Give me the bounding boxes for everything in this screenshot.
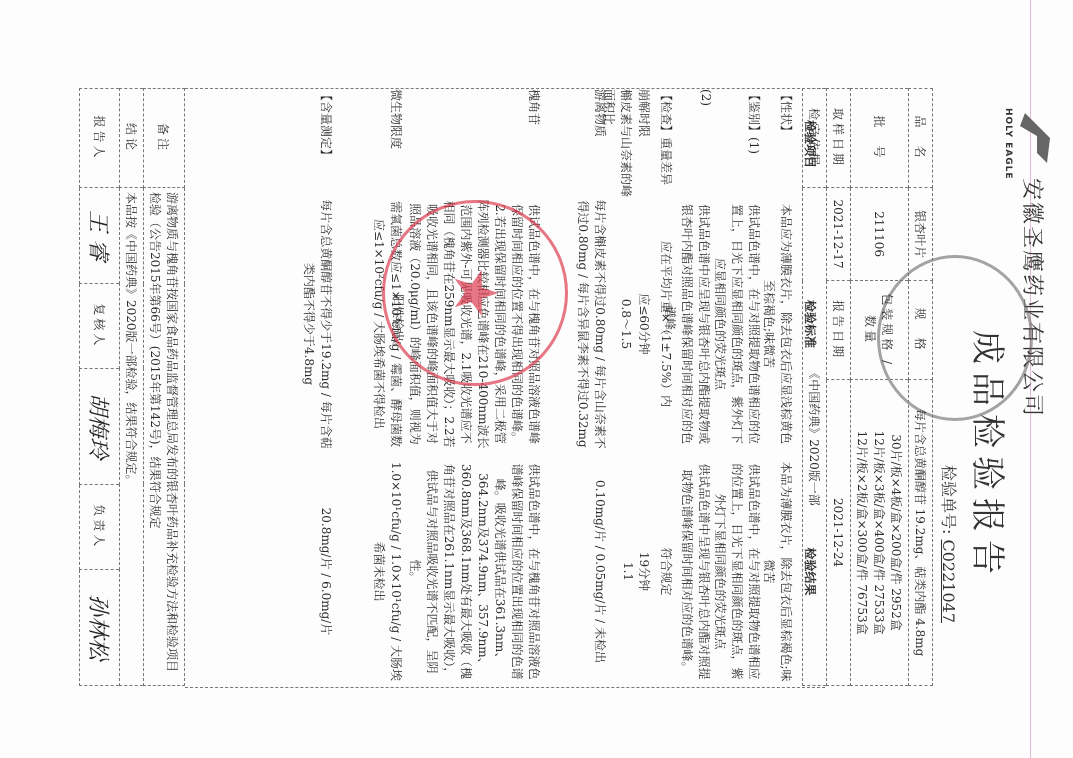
inspection-standard: 供试品色谱中，在与对照提取物色谱相应的位置上，日光下应显相同颜色的斑点，紫外灯下… bbox=[712, 199, 763, 449]
inspection-item: 【鉴别】(1) bbox=[746, 89, 763, 199]
sample-date: 2021-12-17 bbox=[827, 188, 851, 281]
inspection-item: 【含量测定】 bbox=[318, 89, 335, 199]
spec: 每片含总黄酮醇苷 19.2mg、萜类内酯 4.8mg bbox=[909, 380, 933, 686]
company-english-name: HOLY EAGLE bbox=[1003, 108, 1013, 180]
inspection-item: 游离物质 bbox=[592, 89, 609, 199]
report-number: 检验单号: C0221047 bbox=[938, 465, 961, 623]
reporter-signature: 王 睿 bbox=[80, 188, 120, 284]
inspection-body: 检验项目 检验标准 检验结果 【性状】本品应为薄膜衣片，除去包衣后应显浅棕黄色至… bbox=[185, 88, 825, 688]
rotated-report-page: HOLY EAGLE 安徽圣鹰药业有限公司 成品检验报告 检验单号: C0221… bbox=[0, 0, 1073, 758]
inspection-item: 崩解时限 bbox=[636, 89, 653, 199]
report-date: 2021-12-24 bbox=[827, 380, 851, 686]
inspection-result: 1.0×10¹cfu/g / 1.0×10¹cfu/g / 大肠埃希菌未检出 bbox=[371, 459, 405, 684]
inspection-item: 微生物限度 bbox=[388, 89, 405, 199]
inspection-standard: 应在平均片重×（1±7.5%）内 bbox=[658, 199, 675, 449]
inspection-result: 19分钟 bbox=[636, 459, 653, 684]
company-logo-icon bbox=[1015, 108, 1055, 168]
footer-table: 备注 游离物质与槐角苷按国家食品药品监督管理总局发布的银杏叶药品补充检验方法和检… bbox=[79, 88, 185, 686]
inspection-result: 本品为薄膜衣片，除去包衣后显棕褐色;味微苦 bbox=[761, 459, 795, 684]
package-spec: 30片/板×4板/盒×200盒/件 2952盒 12片/板×3板/盒×400盒/… bbox=[851, 380, 909, 686]
batch-number: 211106 bbox=[851, 188, 909, 281]
inspection-result: 1.1 bbox=[621, 459, 635, 684]
inspection-result: 供试品色谱中呈现与银杏叶总内酯对照提取物色谱峰保留时间相对应的色谱峰。 bbox=[679, 459, 713, 684]
inspection-item: 槐角苷 bbox=[526, 89, 543, 199]
remark: 游离物质与槐角苷按国家食品药品监督管理总局发布的银杏叶药品补充检验方法和检验项目… bbox=[144, 188, 185, 686]
red-company-stamp: ★ bbox=[382, 200, 568, 386]
manager-signature: 孙林松 bbox=[80, 569, 120, 685]
inspection-item: 【检查】重量差异 bbox=[658, 89, 675, 199]
inspection-item: (2) bbox=[699, 89, 713, 199]
product-name: 银杏叶片 bbox=[909, 188, 933, 281]
inspection-result: 0.10mg/片 / 0.05mg/片 / 未检出 bbox=[592, 459, 609, 684]
inspection-result: 供试品色谱中，在与对照提取物色谱相应的位置上，日光下显相同颜色的斑点，紫外灯下显… bbox=[712, 459, 763, 684]
inspection-standard: 应≤60分钟 bbox=[636, 199, 653, 449]
inspection-standard: 0.8～1.5 bbox=[618, 199, 635, 449]
inspection-standard: 每片含槲皮素不得过0.80mg / 每片含山奈素不得过0.80mg / 每片含异… bbox=[575, 199, 609, 449]
reviewer-signature: 胡梅玲 bbox=[80, 368, 120, 484]
inspection-standard: 每片含总黄酮醇苷不得少于19.2mg / 每片含萜类内酯不得少于4.8mg bbox=[301, 199, 335, 449]
report-title: 成品检验报告 bbox=[966, 330, 1015, 582]
inspection-result: 20.8mg/片 / 6.0mg/片 bbox=[318, 459, 335, 684]
inspection-result: 供试品色谱中，在与槐角苷对照品溶液色谱峰保留时间相应的位置出现相同的色谱峰。吸收… bbox=[407, 459, 543, 684]
conclusion: 本品按《中国药典》2020版一部检验，结果符合规定。 bbox=[120, 188, 144, 686]
inspection-item: 【性状】 bbox=[778, 89, 795, 199]
inspection-standard: 本品应为薄膜衣片，除去包衣后应显浅棕黄色至棕褐色;味微苦 bbox=[761, 199, 795, 449]
inspection-result: 符合规定 bbox=[658, 459, 675, 684]
